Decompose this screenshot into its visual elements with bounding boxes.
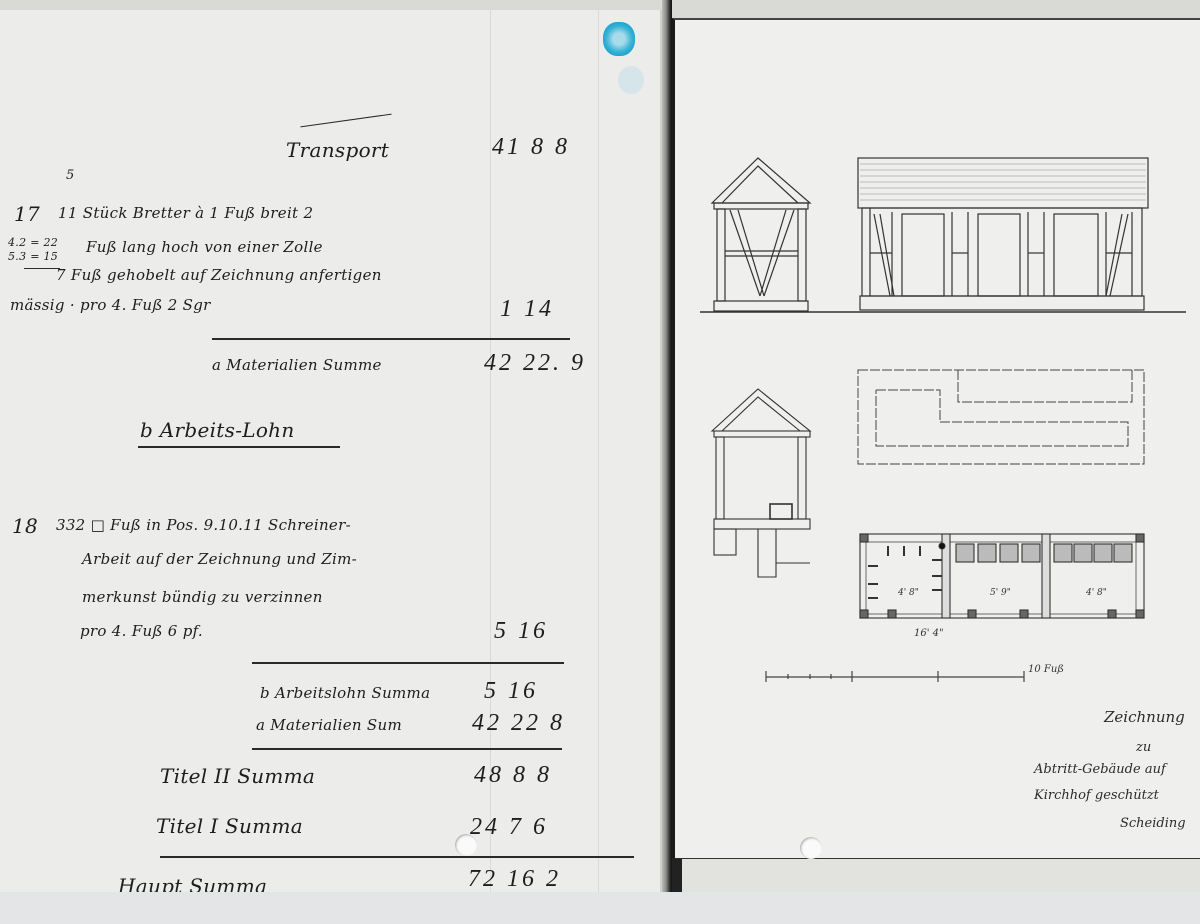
item-18-line-4: pro 4. Fuß 6 pf.	[80, 622, 203, 640]
item-17-line-2: Fuß lang hoch von einer Zolle	[86, 238, 323, 256]
column-rule	[598, 10, 599, 892]
transport-amount: 41 8 8	[492, 134, 570, 161]
blue-ink-stamp	[603, 22, 635, 56]
material-sum-label: a Materialien Summe	[212, 356, 382, 374]
subtotal-labor-label: b Arbeitslohn Summa	[260, 684, 430, 702]
title-i-label: Titel I Summa	[156, 814, 303, 838]
book-spine	[662, 0, 672, 892]
material-sum-amount: 42 22. 9	[484, 350, 586, 377]
item-17-number: 17	[14, 202, 40, 226]
caption-line-2: zu	[1136, 740, 1151, 755]
item-17-calc-1: 4.2 = 22	[8, 236, 58, 249]
subtotal-divider-top	[252, 662, 564, 664]
item-17-amount: 1 14	[500, 296, 554, 323]
title-i-amount: 24 7 6	[470, 814, 548, 841]
grand-total-amount: 72 16 2	[468, 866, 561, 893]
cross-section-drawing	[706, 385, 836, 585]
item-18-line-1: 332 □ Fuß in Pos. 9.10.11 Schreiner-	[56, 516, 351, 534]
punch-hole	[455, 834, 477, 856]
subtotal-material-label: a Materialien Sum	[256, 716, 402, 734]
caption-line-3: Abtritt-Gebäude auf	[1034, 762, 1166, 777]
room-label-2: 5' 9"	[990, 588, 1011, 598]
transport-label: Transport	[286, 138, 389, 162]
item-18-amount: 5 16	[494, 618, 548, 645]
page-edge	[672, 858, 1200, 893]
item-18-number: 18	[12, 514, 38, 538]
room-label-3: 4' 8"	[1086, 588, 1107, 598]
scale-bar-label: 10 Fuß	[1028, 664, 1064, 675]
subtotal-divider-bottom	[252, 748, 562, 750]
section-b-heading: b Arbeits-Lohn	[140, 418, 295, 442]
subtotal-material-amount: 42 22 8	[472, 710, 565, 737]
caption-title: Zeichnung	[1104, 708, 1185, 726]
caption-signature: Scheiding	[1120, 816, 1186, 831]
scale-bar	[764, 668, 1028, 684]
title-ii-label: Titel II Summa	[160, 764, 315, 788]
side-elevation-drawing	[700, 150, 1190, 320]
title-ii-amount: 48 8 8	[474, 762, 552, 789]
subtotal-labor-amount: 5 16	[484, 678, 538, 705]
total-divider	[160, 856, 634, 858]
item-17-line-3: 7 Fuß gehobelt auf Zeichnung anfertigen	[56, 266, 382, 284]
item-17-calc-2: 5.3 = 15	[8, 250, 58, 263]
heading-underline	[138, 446, 340, 448]
punch-hole	[800, 837, 822, 859]
caption-line-4: Kirchhof geschützt	[1034, 788, 1159, 803]
item-18-line-3: merkunst bündig zu verzinnen	[82, 588, 323, 606]
scan-bottom-margin	[0, 892, 1200, 924]
floor-plan-drawing	[858, 532, 1148, 624]
foundation-plan-drawing	[856, 366, 1150, 468]
item-18-line-2: Arbeit auf der Zeichnung und Zim-	[82, 550, 357, 568]
plan-dimension: 16' 4"	[914, 628, 944, 639]
calc-underline	[24, 268, 60, 269]
section-divider	[212, 338, 570, 340]
item-17-superscript: 5	[66, 168, 75, 183]
item-17-line-1: 11 Stück Bretter à 1 Fuß breit 2	[58, 204, 313, 222]
column-rule	[490, 10, 491, 892]
item-17-line-4: mässig · pro 4. Fuß 2 Sgr	[10, 296, 211, 314]
faded-stamp-mark	[618, 66, 644, 94]
room-label-1: 4' 8"	[898, 588, 919, 598]
